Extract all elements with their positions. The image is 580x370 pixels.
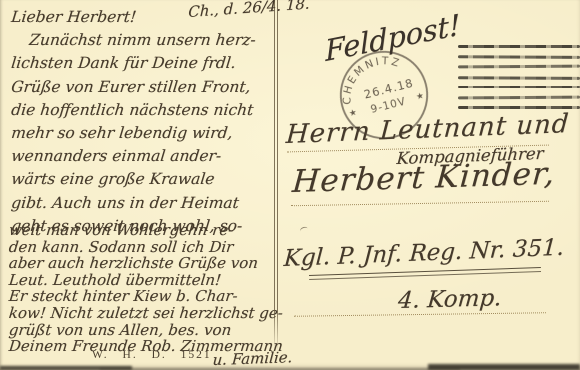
letter-line: gibt. Auch uns in der Heimat <box>10 192 294 215</box>
cancellation-stripe <box>458 55 580 58</box>
divider-line <box>274 0 275 352</box>
divider-line <box>277 0 278 352</box>
address-recipient-name: Herbert Kinder, <box>291 156 557 200</box>
letter-line: wennanders einmal ander- <box>10 145 294 168</box>
letter-line: Er steckt hinter Kiew b. Char- <box>8 288 302 305</box>
postmark-date: 26.4.18 <box>362 76 415 102</box>
cancellation-stripe <box>458 76 580 79</box>
cancellation-stripes <box>458 45 580 116</box>
letter-line: Grüße von Eurer stillen Front, <box>10 76 294 99</box>
letter-line: den kann. Sodann soll ich Dir <box>8 239 302 256</box>
publisher-imprint: W. H. D. 1521 <box>92 349 212 361</box>
letter-line: aber auch herzlichste Grüße von <box>8 255 302 272</box>
letter-line: kow! Nicht zuletzt sei herzlichst ge- <box>8 305 302 322</box>
signature-suffix: u. Familie. <box>212 348 293 369</box>
cancellation-stripe <box>458 65 580 68</box>
letter-line: Zunächst nimm unsern herz- <box>10 29 294 52</box>
ink-fleck <box>299 226 309 234</box>
letter-line: Leut. Leuthold übermitteln! <box>8 272 302 289</box>
letter-line: wärts eine große Krawale <box>10 168 294 191</box>
letter-body-lower: weit man von Wohlergehn re- den kann. So… <box>8 222 300 355</box>
letter-line: lichsten Dank für Deine frdl. <box>10 52 294 75</box>
postmark-star-right-icon: ★ <box>415 91 425 103</box>
postcard-back: Ch., d. 26/4. 18. Lieber Herbert! Zunäch… <box>0 0 580 370</box>
letter-body-upper: Lieber Herbert! Zunächst nimm unsern her… <box>10 6 292 238</box>
letter-line: weit man von Wohlergehn re- <box>8 222 302 239</box>
address-guide-line <box>291 201 549 207</box>
cancellation-stripe <box>458 86 580 89</box>
letter-line: die hoffentlich nächstens nicht <box>10 99 294 122</box>
letter-line: grüßt von uns Allen, bes. von <box>8 322 302 339</box>
address-regiment: Kgl. P. Jnf. Reg. Nr. 351. <box>283 235 565 272</box>
letter-line: mehr so sehr lebendig wird, <box>10 122 294 145</box>
cancellation-stripe <box>458 45 580 48</box>
address-company: 4. Komp. <box>397 285 503 314</box>
bottom-edge-shadow <box>428 364 580 370</box>
cancellation-stripe <box>458 96 580 99</box>
